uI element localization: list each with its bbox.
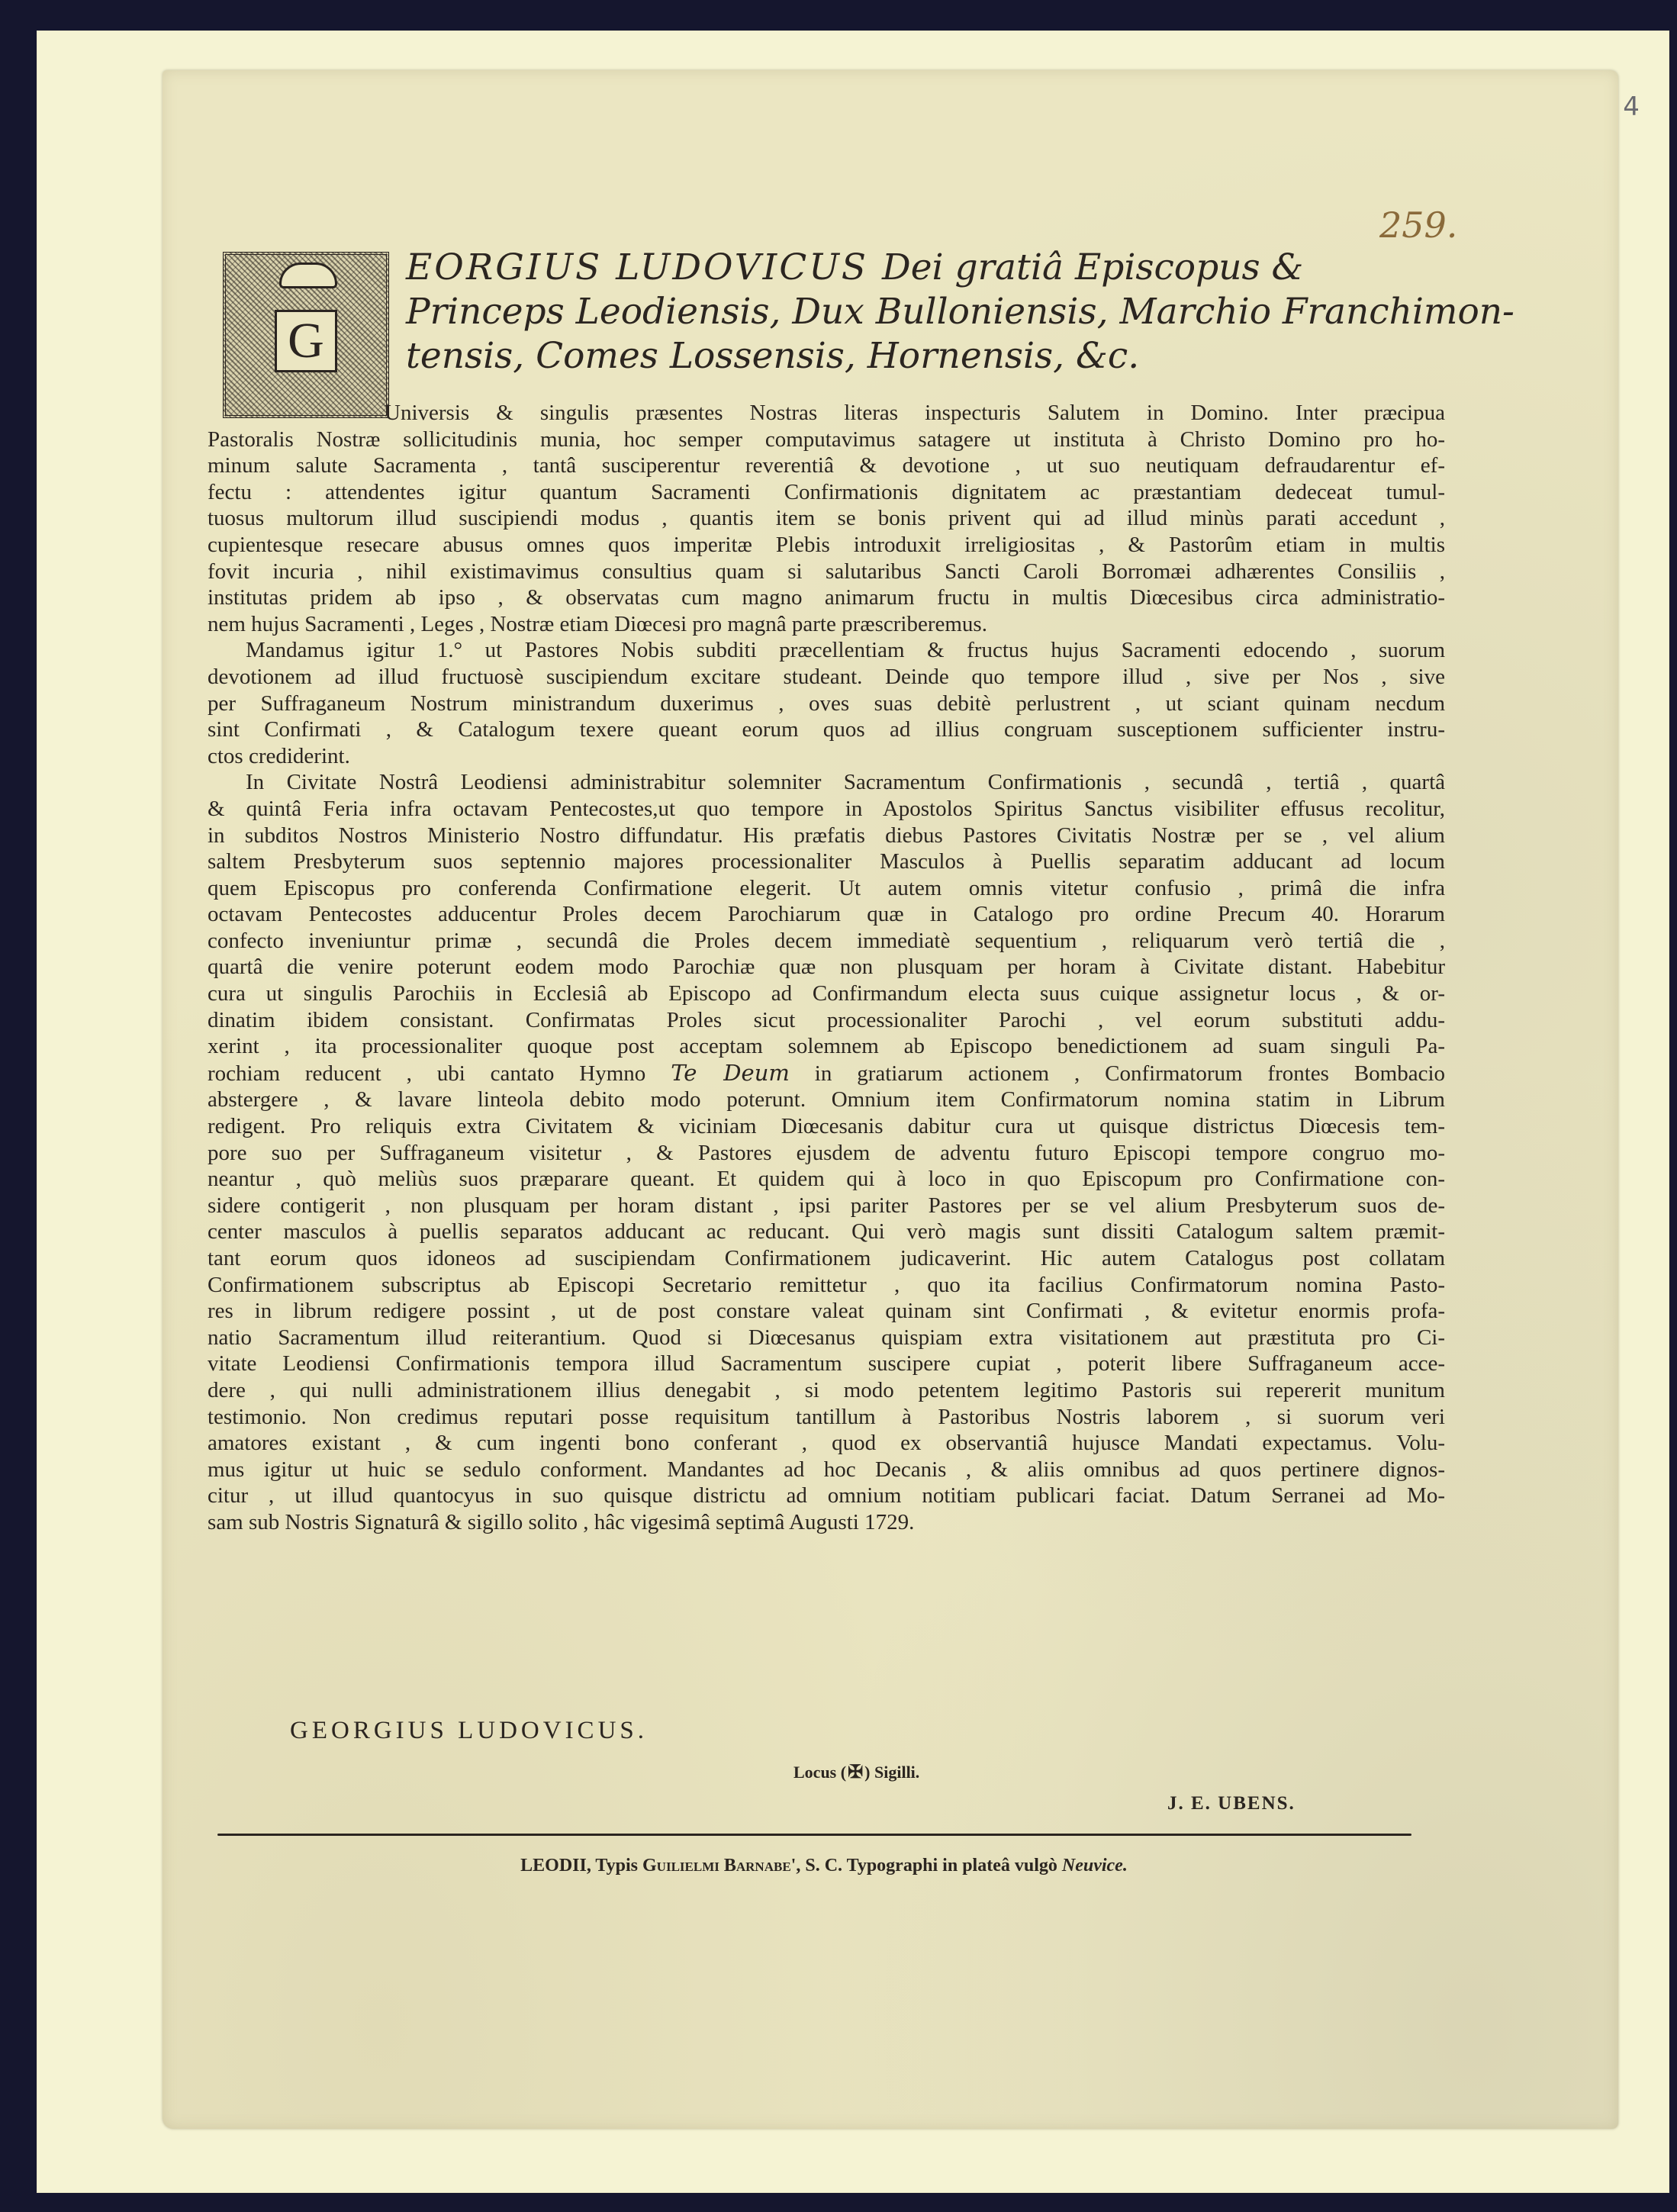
crown-ornament-icon bbox=[279, 262, 337, 288]
body-line: dere , qui nulli administrationem illius… bbox=[208, 1377, 1445, 1404]
handwritten-folio-number: 259. bbox=[1379, 204, 1457, 246]
body-line: in subditos Nostros Ministerio Nostro di… bbox=[208, 823, 1445, 849]
body-line: minum salute Sacramenta , tantâ susciper… bbox=[208, 452, 1445, 479]
body-line: citur , ut illud quantocyus in suo quisq… bbox=[208, 1483, 1445, 1509]
body-line: & quintâ Feria infra octavam Pentecostes… bbox=[208, 796, 1445, 823]
seal-suffix: ) Sigilli. bbox=[864, 1763, 919, 1782]
te-deum-italic: Te Deum bbox=[671, 1060, 790, 1086]
body-line: abstergere , & lavare linteola debito mo… bbox=[208, 1087, 1445, 1113]
body-line: devotionem ad illud fructuosè suscipiend… bbox=[208, 664, 1445, 691]
imprint-city: LEODII, bbox=[520, 1856, 591, 1876]
body-line: sidere contigerit , non plusquam per hor… bbox=[208, 1193, 1445, 1219]
title-line-3: tensis, Comes Lossensis, Hornensis, &c. bbox=[406, 334, 1444, 378]
body-line-te-deum: rochiam reducent , ubi cantato Hymno Te … bbox=[208, 1060, 1445, 1087]
body-line: ctos crediderint. bbox=[208, 743, 1445, 770]
body-line: Mandamus igitur 1.° ut Pastores Nobis su… bbox=[208, 637, 1445, 664]
seal-place: Locus (✠) Sigilli. bbox=[793, 1761, 919, 1783]
body-line: xerint , ita processionaliter quoque pos… bbox=[208, 1033, 1445, 1060]
body-line: quartâ die venire poterunt eodem modo Pa… bbox=[208, 954, 1445, 980]
printer-imprint: LEODII, Typis Guilielmi Barnabe', S. C. … bbox=[465, 1856, 1183, 1876]
body-line: cura ut singulis Parochiis in Ecclesiâ a… bbox=[208, 980, 1445, 1007]
body-line: sint Confirmati , & Catalogum texere que… bbox=[208, 716, 1445, 743]
body-line: neantur , quò meliùs suos præparare quea… bbox=[208, 1166, 1445, 1193]
cross-seal-icon: ✠ bbox=[848, 1763, 863, 1782]
body-line: dinatim ibidem consistant. Confirmatas P… bbox=[208, 1007, 1445, 1034]
body-line: tuosus multorum illud suscipiendi modus … bbox=[208, 505, 1445, 532]
title-line-2: Princeps Leodiensis, Dux Bulloniensis, M… bbox=[406, 290, 1444, 334]
te-deum-before: rochiam reducent , ubi cantato Hymno bbox=[208, 1061, 645, 1086]
body-line: per Suffraganeum Nostrum ministrandum du… bbox=[208, 691, 1445, 717]
body-line: natio Sacramentum illud reiterantium. Qu… bbox=[208, 1325, 1445, 1351]
body-line: center masculos à puellis separatos addu… bbox=[208, 1219, 1445, 1245]
bishop-signature: GEORGIUS LUDOVICUS. bbox=[290, 1717, 648, 1745]
imprint-printer: Guilielmi Barnabe', bbox=[642, 1856, 800, 1876]
body-line: amatores existant , & cum ingenti bono c… bbox=[208, 1430, 1445, 1457]
seal-prefix: Locus ( bbox=[793, 1763, 846, 1782]
body-line: mus igitur ut huic se sedulo conforment.… bbox=[208, 1457, 1445, 1483]
body-line: In Civitate Nostrâ Leodiensi administrab… bbox=[208, 769, 1445, 796]
body-line: tant eorum quos idoneos ad suscipiendam … bbox=[208, 1245, 1445, 1272]
body-line: Pastoralis Nostræ sollicitudinis munia, … bbox=[208, 427, 1445, 453]
title-line-1: EORGIUS LUDOVICUSDei gratiâ Episcopus & bbox=[406, 246, 1444, 290]
body-line: institutas pridem ab ipso , & observatas… bbox=[208, 584, 1445, 611]
body-line: confecto inveniuntur primæ , secundâ die… bbox=[208, 928, 1445, 955]
body-line: res in librum redigere possint , ut de p… bbox=[208, 1298, 1445, 1325]
imprint-rest: S. C. Typographi in plateâ vulgò bbox=[805, 1856, 1057, 1876]
title-heading: EORGIUS LUDOVICUSDei gratiâ Episcopus & … bbox=[406, 246, 1444, 378]
body-line: fectu : attendentes igitur quantum Sacra… bbox=[208, 479, 1445, 506]
imprint-street: Neuvice. bbox=[1062, 1856, 1128, 1876]
body-line: Confirmationem subscriptus ab Episcopi S… bbox=[208, 1272, 1445, 1299]
body-line: fovit incuria , nihil existimavimus cons… bbox=[208, 559, 1445, 585]
body-line: nem hujus Sacramenti , Leges , Nostræ et… bbox=[208, 611, 1445, 638]
body-line: quem Episcopus pro conferenda Confirmati… bbox=[208, 875, 1445, 902]
body-line-dateline: sam sub Nostris Signaturâ & sigillo soli… bbox=[208, 1509, 1445, 1536]
body-line: Universis & singulis præsentes Nostras l… bbox=[208, 400, 1445, 427]
body-line: cupientesque resecare abusus omnes quos … bbox=[208, 532, 1445, 559]
body-line: octavam Pentecostes adducentur Proles de… bbox=[208, 901, 1445, 928]
secretary-signature: J. E. UBENS. bbox=[1167, 1793, 1296, 1814]
title-rest: Dei gratiâ Episcopus & bbox=[882, 246, 1303, 288]
decorated-initial: G bbox=[223, 252, 389, 418]
imprint-typis: Typis bbox=[595, 1856, 638, 1876]
body-line: pore suo per Suffraganeum visitetur , & … bbox=[208, 1140, 1445, 1167]
initial-letter: G bbox=[275, 310, 337, 372]
title-name: EORGIUS LUDOVICUS bbox=[406, 246, 868, 288]
horizontal-rule bbox=[217, 1834, 1411, 1836]
body-line: redigent. Pro reliquis extra Civitatem &… bbox=[208, 1113, 1445, 1140]
te-deum-after: in gratiarum actionem , Confirmatorum fr… bbox=[815, 1061, 1445, 1086]
body-line: vitate Leodiensi Confirmationis tempora … bbox=[208, 1351, 1445, 1377]
body-line: testimonio. Non credimus reputari posse … bbox=[208, 1404, 1445, 1431]
mandate-body: Universis & singulis præsentes Nostras l… bbox=[208, 400, 1445, 1536]
body-line: saltem Presbyterum suos septennio majore… bbox=[208, 848, 1445, 875]
